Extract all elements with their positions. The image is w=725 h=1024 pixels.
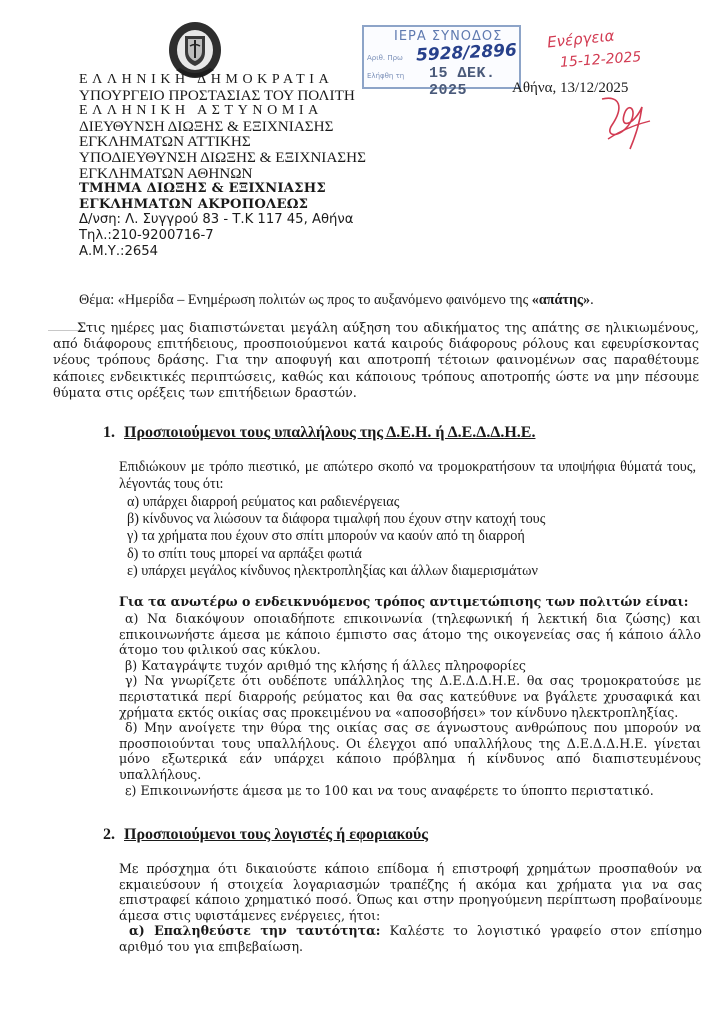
intro-paragraph: Στις ημέρες μας διαπιστώνεται μεγάλη αύξ… [53,321,699,402]
department-line: ΤΜΗΜΑ ΔΙΩΞΗΣ & ΕΞΙΧΝΙΑΣΗΣ [79,181,419,197]
list-item: ε) Επικοινωνήστε άμεσα με το 100 και να … [119,783,701,799]
header-line: ΔΙΕΥΘΥΝΣΗ ΔΙΩΞΗΣ & ΕΞΙΧΝΙΑΣΗΣ [79,119,419,135]
subject-emphasis: «απάτης» [532,292,590,308]
claims-list: α) υπάρχει διαρροή ρεύματος και ραδιενέρ… [127,494,697,580]
stamp-protocol-label: Αριθ. Πρω [367,54,403,62]
section-2-body: Με πρόσχημα ότι δικαιούστε κάποιο επίδομ… [119,861,702,955]
handwritten-signature-icon [590,95,665,150]
subject-prefix: Θέμα: «Ημερίδα – Ενημέρωση πολιτών ως πρ… [79,292,532,308]
stamp-received-label: Ελήφθη τη [367,72,404,80]
section-1-heading: 1.Προσποιούμενοι τους υπαλλήλους της Δ.Ε… [103,424,535,442]
section-number: 2. [103,826,115,843]
header-line: ΕΓΚΛΗΜΑΤΩΝ ΑΤΤΙΚΗΣ [79,134,419,150]
received-stamp: ΙΕΡΑ ΣΥΝΟΔΟΣ Αριθ. Πρω Ελήφθη τη 5928/28… [362,25,521,89]
list-item: ε) υπάρχει μεγάλος κίνδυνος ηλεκτροπληξί… [127,563,697,580]
measures-heading: Για τα ανωτέρω ο ενδεικνυόμενος τρόπος α… [119,594,704,609]
contact-address: Δ/νση: Λ. Συγγρού 83 - Τ.Κ 117 45, Αθήνα [79,212,419,228]
handwritten-note: Ενέργεια [546,27,615,52]
section-1-paragraph: Επιδιώκουν με τρόπο πιεστικό, με απώτερο… [119,459,696,493]
subject-line: Θέμα: «Ημερίδα – Ενημέρωση πολιτών ως πρ… [79,292,679,309]
section-title: Προσποιούμενοι τους λογιστές ή εφοριακού… [124,826,428,843]
stamp-protocol-number: 5928/2896 [416,40,518,65]
list-item: β) κίνδυνος να λιώσουν τα διάφορα τιμαλφ… [127,511,697,528]
header-line: ΥΠΟΥΡΓΕΙΟ ΠΡΟΣΤΑΣΙΑΣ ΤΟΥ ΠΟΛΙΤΗ [79,88,419,104]
stamp-received-date: 15 ΔΕΚ. 2025 [429,65,519,99]
list-item: γ) Να γνωρίζετε ότι ουδέποτε υπάλληλος τ… [119,673,701,720]
header-line: ΕΓΚΛΗΜΑΤΩΝ ΑΘΗΝΩΝ [79,166,419,182]
list-item: β) Καταγράψτε τυχόν αριθμό της κλήσης ή … [119,658,701,674]
list-item: δ) το σπίτι τους μπορεί να αρπάξει φωτιά [127,546,697,563]
list-item: δ) Μην ανοίγετε την θύρα της οικίας σας … [119,720,701,782]
measures-list: α) Να διακόψουν οποιαδήποτε επικοινωνία … [119,611,701,798]
section-2-paragraph: Με πρόσχημα ότι δικαιούστε κάποιο επίδομ… [119,861,702,923]
section-2-heading: 2.Προσποιούμενοι τους λογιστές ή εφοριακ… [103,826,428,844]
subject-suffix: . [590,292,594,308]
letterhead: ΕΛΛΗΝΙΚΗ ΔΗΜΟΚΡΑΤΙΑ ΥΠΟΥΡΓΕΙΟ ΠΡΟΣΤΑΣΙΑΣ… [79,72,419,259]
list-item: α) Να διακόψουν οποιαδήποτε επικοινωνία … [119,611,701,658]
contact-phone: Τηλ.:210-9200716-7 [79,228,419,244]
contact-amy: Α.Μ.Υ.:2654 [79,244,419,260]
list-item: γ) τα χρήματα που έχουν στο σπίτι μπορού… [127,528,697,545]
handwritten-date: 15-12-2025 [560,49,642,71]
section-title: Προσποιούμενοι τους υπαλλήλους της Δ.Ε.Η… [124,424,535,441]
list-item: α) Επαληθεύστε την ταυτότητα: Καλέστε το… [119,923,702,954]
section-number: 1. [103,424,115,441]
header-line: ΕΛΛΗΝΙΚΗ ΑΣΤΥΝΟΜΙΑ [79,103,419,119]
department-line: ΕΓΚΛΗΜΑΤΩΝ ΑΚΡΟΠΟΛΕΩΣ [79,197,419,213]
header-line: ΥΠΟΔΙΕΥΘΥΝΣΗ ΔΙΩΞΗΣ & ΕΞΙΧΝΙΑΣΗΣ [79,150,419,166]
list-item: α) υπάρχει διαρροή ρεύματος και ραδιενέρ… [127,494,697,511]
step-label: α) Επαληθεύστε την ταυτότητα: [129,923,380,938]
